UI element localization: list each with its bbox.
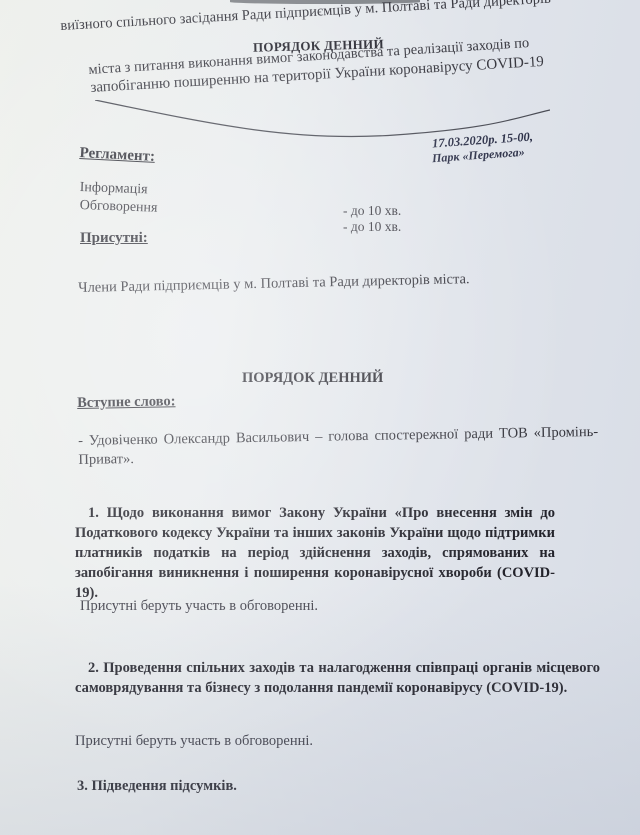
header-line-1: виїзного спільного засідання Ради підпри… bbox=[60, 0, 551, 35]
agenda-item-text: Проведення спільних заходів та налагодже… bbox=[75, 660, 600, 696]
intro-speaker: - Удовіченко Олександр Васильович – голо… bbox=[78, 423, 599, 470]
reglament-duration-information: - до 10 хв. bbox=[343, 203, 401, 219]
reglament-duration-discussion: - до 10 хв. bbox=[343, 219, 401, 235]
agenda-item-1: 1. Щодо виконання вимог Закону України «… bbox=[75, 503, 555, 603]
reglament-item-information: Інформація bbox=[79, 180, 147, 198]
agenda-item-2: 2. Проведення спільних заходів та налаго… bbox=[75, 658, 600, 698]
present-members: Члени Ради підприємців у м. Полтаві та Р… bbox=[78, 271, 470, 297]
reglament-item-discussion: Обговорення bbox=[79, 198, 157, 217]
document-page: виїзного спільного засідання Ради підпри… bbox=[0, 0, 640, 835]
agenda-item-number: 1. bbox=[88, 505, 99, 521]
agenda-item-2-note: Присутні беруть участь в обговоренні. bbox=[75, 733, 313, 750]
agenda-item-text: Щодо виконання вимог Закону України «Про… bbox=[75, 505, 555, 601]
agenda-item-text: Підведення підсумків. bbox=[92, 778, 237, 794]
agenda-title: ПОРЯДОК ДЕННИЙ bbox=[242, 370, 383, 387]
reglament-label: Регламент: bbox=[79, 145, 155, 166]
intro-label: Вступне слово: bbox=[77, 393, 176, 412]
present-label: Присутні: bbox=[80, 230, 148, 247]
agenda-item-1-note: Присутні беруть участь в обговоренні. bbox=[80, 598, 318, 615]
agenda-item-number: 3. bbox=[77, 778, 88, 794]
agenda-item-3: 3. Підведення підсумків. bbox=[77, 778, 237, 795]
agenda-item-number: 2. bbox=[88, 660, 99, 676]
